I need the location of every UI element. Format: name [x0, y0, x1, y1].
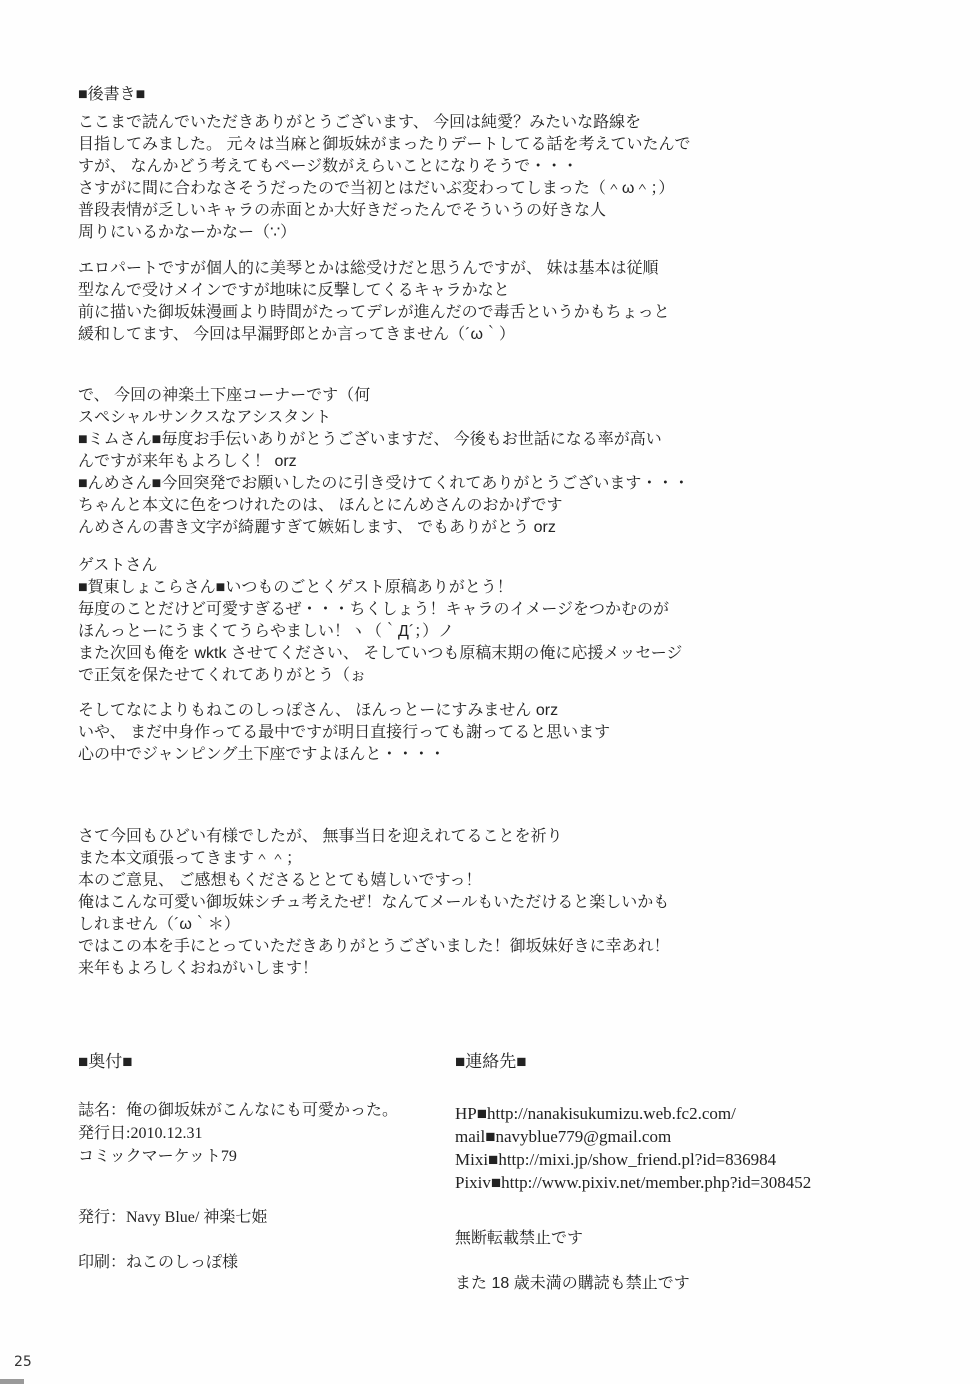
- contact-link: Mixi■http://mixi.jp/show_friend.pl?id=83…: [455, 1148, 955, 1171]
- page-number: 25: [14, 1354, 32, 1370]
- colophon-section: ■奥付■ 誌名：俺の御坂妹がこんなにも可愛かった。 発行日:2010.12.31…: [78, 1050, 455, 1274]
- afterword-section: ■後書き■ ここまで読んでいただきありがとうございます、 今回は純愛？みたいな路…: [78, 84, 958, 980]
- publisher-info: 発行：Navy Blue/ 神楽七姫: [78, 1206, 455, 1229]
- afterword-paragraph: ここまで読んでいただきありがとうございます、 今回は純愛？みたいな路線を 目指し…: [78, 112, 958, 244]
- contact-link: Pixiv■http://www.pixiv.net/member.php?id…: [455, 1171, 955, 1194]
- no-reproduction-notice: 無断転載禁止です: [455, 1227, 955, 1250]
- scan-artifact: [0, 1379, 24, 1384]
- contact-link: mail■navyblue779@gmail.com: [455, 1125, 955, 1148]
- afterword-paragraph: さて今回もひどい有様でしたが、 無事当日を迎えれてることを祈り また本文頑張って…: [78, 826, 958, 980]
- afterword-paragraph: で、 今回の神楽土下座コーナーです（何 スペシャルサンクスなアシスタント ■ミム…: [78, 385, 958, 539]
- publication-info: 誌名：俺の御坂妹がこんなにも可愛かった。 発行日:2010.12.31 コミック…: [78, 1099, 455, 1168]
- doujinshi-afterword-page: ■後書き■ ここまで読んでいただきありがとうございます、 今回は純愛？みたいな路…: [0, 0, 980, 1384]
- colophon-title: ■奥付■: [78, 1050, 455, 1073]
- contact-title: ■連絡先■: [455, 1050, 955, 1073]
- contact-section: ■連絡先■ HP■http://nanakisukumizu.web.fc2.c…: [455, 1050, 955, 1295]
- contact-link: HP■http://nanakisukumizu.web.fc2.com/: [455, 1102, 955, 1125]
- afterword-paragraph: エロパートですが個人的に美琴とかは総受けだと思うんですが、 妹は基本は従順 型な…: [78, 258, 958, 346]
- printer-info: 印刷：ねこのしっぽ様: [78, 1251, 455, 1274]
- afterword-paragraph: ゲストさん ■賀東しょこらさん■いつものごとくゲスト原稿ありがとう！ 毎度のこと…: [78, 555, 958, 687]
- afterword-paragraphs: ここまで読んでいただきありがとうございます、 今回は純愛？みたいな路線を 目指し…: [78, 112, 958, 980]
- afterword-paragraph: そしてなによりもねこのしっぽさん、 ほんっとーにすみません orz いや、 まだ…: [78, 700, 958, 766]
- age-restriction-notice: また 18 歳未満の購読も禁止です: [455, 1272, 955, 1295]
- contact-links: HP■http://nanakisukumizu.web.fc2.com/ ma…: [455, 1102, 955, 1194]
- afterword-title: ■後書き■: [78, 84, 958, 106]
